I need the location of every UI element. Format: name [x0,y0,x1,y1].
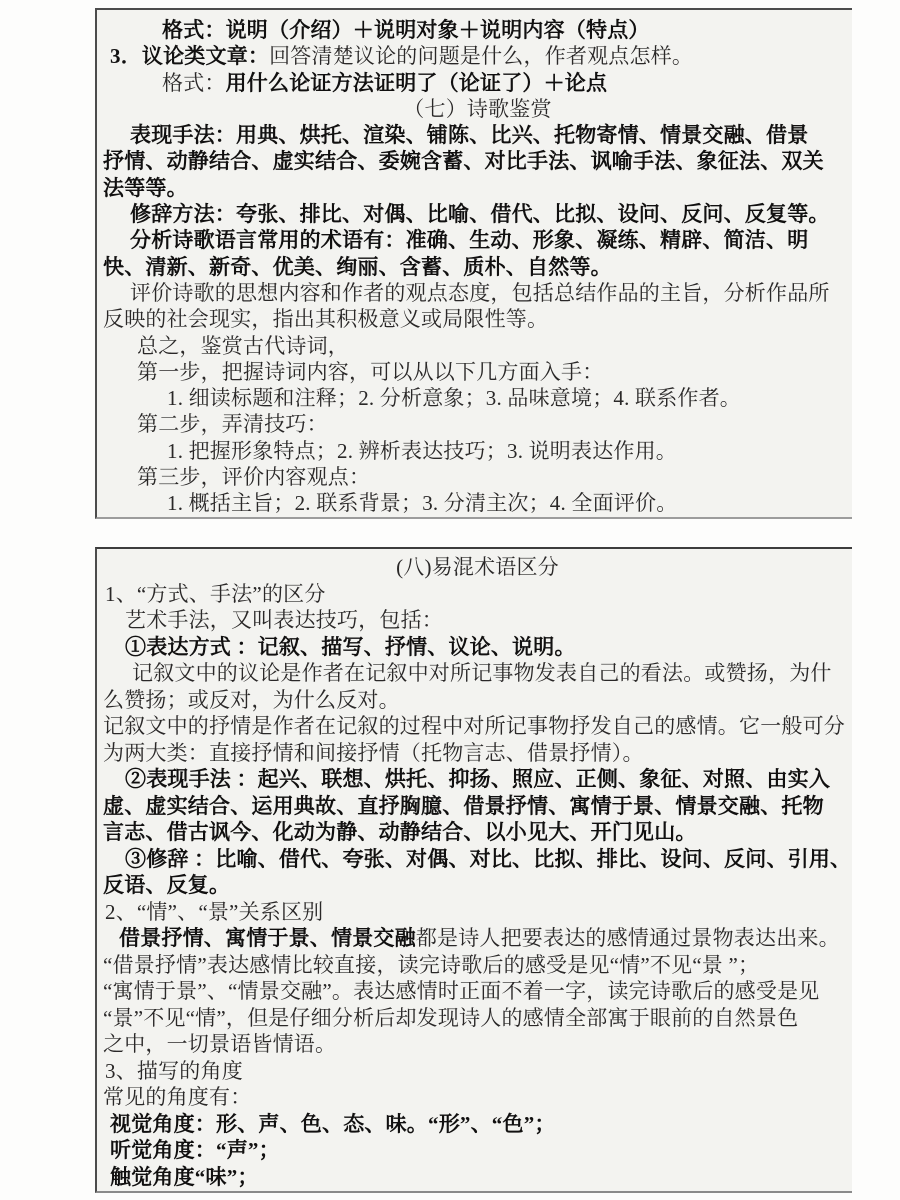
text-line: “景”不见“情”，但是仔细分析后却发现诗人的感情全部寓于眼前的自然景色 [103,1005,852,1032]
text-line: 格式：用什么论证方法证明了（论证了）＋论点 [103,70,852,96]
text-segment: 用什么论证方法证明了（论证了）＋论点 [226,71,608,95]
text-segment: 分析诗歌语言常用的术语有：准确、生动、形象、凝练、精辟、简洁、明 [130,228,808,252]
text-line: 虚、虚实结合、运用典故、直抒胸臆、借景抒情、寓情于景、情景交融、托物 [103,793,852,820]
text-line: 反映的社会现实，指出其积极意义或局限性等。 [103,306,852,332]
text-segment: 第二步，弄清技巧： [137,412,328,436]
text-segment: “借景抒情”表达感情比较直接，读完诗歌后的感受是见“情”不见“景 ”； [103,953,759,977]
text-line: 之中，一切景语皆情语。 [103,1031,852,1058]
text-segment: 格式： [162,71,226,95]
text-segment: 1、“方式、手法”的区分 [105,582,326,606]
text-segment: 1. 概括主旨；2. 联系背景；3. 分清主次；4. 全面评价。 [167,491,677,515]
text-segment: 记叙文中的抒情是作者在记叙的过程中对所记事物抒发自己的感情。它一般可分 [103,714,845,738]
text-line: 2、“情”、“景”关系区别 [103,899,852,926]
text-line: 1. 概括主旨；2. 联系背景；3. 分清主次；4. 全面评价。 [103,490,852,516]
text-segment: 法等等。 [103,176,188,200]
text-segment: 听觉角度：“声”； [110,1138,280,1162]
text-line: 第一步，把握诗词内容，可以从以下几方面入手： [103,359,852,385]
text-line: 第二步，弄清技巧： [103,411,852,437]
text-line: 常见的角度有： [103,1084,852,1111]
text-line: 艺术手法，又叫表达技巧，包括： [103,607,852,634]
text-line: 记叙文中的议论是作者在记叙中对所记事物发表自己的看法。或赞扬，为什 [103,660,852,687]
text-line: “借景抒情”表达感情比较直接，读完诗歌后的感受是见“情”不见“景 ”； [103,952,852,979]
text-segment: 常见的角度有： [103,1085,251,1109]
text-line: 触觉角度“味”； [103,1164,852,1191]
text-segment: 记叙文中的议论是作者在记叙中对所记事物发表自己的看法。或赞扬，为什 [132,661,832,685]
text-line: 抒情、动静结合、虚实结合、委婉含蓄、对比手法、讽喻手法、象征法、双关 [103,148,852,174]
text-line: 3．议论类文章：回答清楚议论的问题是什么，作者观点怎样。 [103,43,852,69]
text-segment: 快、清新、新奇、优美、绚丽、含蓄、质朴、自然等。 [103,255,612,279]
text-line: 快、清新、新奇、优美、绚丽、含蓄、质朴、自然等。 [103,254,852,280]
text-segment: 为两大类：直接抒情和间接抒情（托物言志、借景抒情）。 [103,741,644,765]
text-line: 格式：说明（介绍）＋说明对象＋说明内容（特点） [103,17,852,43]
text-segment: ②表现手法 ：起兴、联想、烘托、抑扬、照应、正侧、象征、对照、由实入 [125,767,830,791]
text-segment: 1. 把握形象特点；2. 辨析表达技巧；3. 说明表达作用。 [167,439,677,463]
text-segment: ①表达方式 ：记叙、描写、抒情、议论、说明。 [125,635,576,659]
text-segment: “景”不见“情”，但是仔细分析后却发现诗人的感情全部寓于眼前的自然景色 [103,1006,798,1030]
text-segment: (八)易混术语区分 [396,555,559,579]
text-line: 记叙文中的抒情是作者在记叙的过程中对所记事物抒发自己的感情。它一般可分 [103,713,852,740]
text-segment: 言志、借古讽今、化动为静、动静结合、以小见大、开门见山。 [103,820,697,844]
text-segment: 借景抒情、寓情于景、情景交融 [119,926,416,950]
text-segment: 总之，鉴赏古代诗词， [137,334,349,358]
text-line: 视觉角度：形、声、色、态、味。“形”、“色”； [103,1111,852,1138]
text-line: 表现手法：用典、烘托、渲染、铺陈、比兴、托物寄情、情景交融、借景 [103,122,852,148]
text-line: 评价诗歌的思想内容和作者的观点态度，包括总结作品的主旨，分析作品所 [103,280,852,306]
text-segment: 评价诗歌的思想内容和作者的观点态度，包括总结作品的主旨，分析作品所 [130,281,830,305]
text-segment: 回答清楚议论的问题是什么，作者观点怎样。 [269,44,693,68]
section-heading: （七）诗歌鉴赏 [103,96,852,122]
text-segment: “寓情于景”、“情景交融”。表达感情时正面不着一字，读完诗歌后的感受是见 [103,979,819,1003]
text-line: 分析诗歌语言常用的术语有：准确、生动、形象、凝练、精辟、简洁、明 [103,227,852,253]
text-line: ③修辞 ：比喻、借代、夸张、对偶、对比、比拟、排比、设问、反问、引用、 [103,846,852,873]
text-line: 言志、借古讽今、化动为静、动静结合、以小见大、开门见山。 [103,819,852,846]
text-segment: 3、描写的角度 [105,1059,243,1083]
page-1: 格式：说明（介绍）＋说明对象＋说明内容（特点）3．议论类文章：回答清楚议论的问题… [95,8,852,519]
text-segment: 2、“情”、“景”关系区别 [105,900,323,924]
text-line: 修辞方法：夸张、排比、对偶、比喻、借代、比拟、设问、反问、反复等。 [103,201,852,227]
text-line: 1. 把握形象特点；2. 辨析表达技巧；3. 说明表达作用。 [103,438,852,464]
text-segment: 么赞扬；或反对，为什么反对。 [103,688,400,712]
text-line: 1. 细读标题和注释；2. 分析意象；3. 品味意境；4. 联系作者。 [103,385,852,411]
text-line: ②表现手法 ：起兴、联想、烘托、抑扬、照应、正侧、象征、对照、由实入 [103,766,852,793]
text-line: 么赞扬；或反对，为什么反对。 [103,687,852,714]
text-segment: 格式：说明（介绍）＋说明对象＋说明内容（特点） [162,18,650,42]
scanned-document-view: { "document": { "pages": [ { "id": "page… [0,0,900,1200]
text-segment: 之中，一切景语皆情语。 [103,1032,336,1056]
text-segment: 视觉角度：形、声、色、态、味。“形”、“色”； [110,1112,556,1136]
text-segment: 修辞方法：夸张、排比、对偶、比喻、借代、比拟、设问、反问、反复等。 [130,202,830,226]
text-segment: 1. 细读标题和注释；2. 分析意象；3. 品味意境；4. 联系作者。 [167,386,741,410]
text-line: 法等等。 [103,175,852,201]
text-line: ①表达方式 ：记叙、描写、抒情、议论、说明。 [103,634,852,661]
text-segment: 艺术手法，又叫表达技巧，包括： [125,608,443,632]
section-heading: (八)易混术语区分 [103,554,852,581]
text-line: 听觉角度：“声”； [103,1137,852,1164]
text-segment: 表现手法：用典、烘托、渲染、铺陈、比兴、托物寄情、情景交融、借景 [130,123,808,147]
text-segment: ③修辞 ：比喻、借代、夸张、对偶、对比、比拟、排比、设问、反问、引用、 [125,847,851,871]
text-line: 第三步，评价内容观点： [103,464,852,490]
text-segment: 第一步，把握诗词内容，可以从以下几方面入手： [137,360,603,384]
text-segment: 反映的社会现实，指出其积极意义或局限性等。 [103,307,548,331]
page-2: (八)易混术语区分1、“方式、手法”的区分艺术手法，又叫表达技巧，包括：①表达方… [95,547,852,1193]
text-line: 3、描写的角度 [103,1058,852,1085]
text-segment: 虚、虚实结合、运用典故、直抒胸臆、借景抒情、寓情于景、情景交融、托物 [103,794,824,818]
text-line: 1、“方式、手法”的区分 [103,581,852,608]
text-segment: 3．议论类文章： [110,44,269,68]
text-segment: 反语、反复。 [103,873,230,897]
text-segment: 抒情、动静结合、虚实结合、委婉含蓄、对比手法、讽喻手法、象征法、双关 [103,149,824,173]
text-line: 总之，鉴赏古代诗词， [103,333,852,359]
text-line: 借景抒情、寓情于景、情景交融都是诗人把要表达的感情通过景物表达出来。 [103,925,852,952]
text-segment: 第三步，评价内容观点： [137,465,370,489]
text-line: 为两大类：直接抒情和间接抒情（托物言志、借景抒情）。 [103,740,852,767]
text-segment: 触觉角度“味”； [110,1165,259,1189]
text-line: 反语、反复。 [103,872,852,899]
text-segment: （七）诗歌鉴赏 [403,97,551,121]
text-line: “寓情于景”、“情景交融”。表达感情时正面不着一字，读完诗歌后的感受是见 [103,978,852,1005]
text-segment: 都是诗人把要表达的感情通过景物表达出来。 [416,926,840,950]
